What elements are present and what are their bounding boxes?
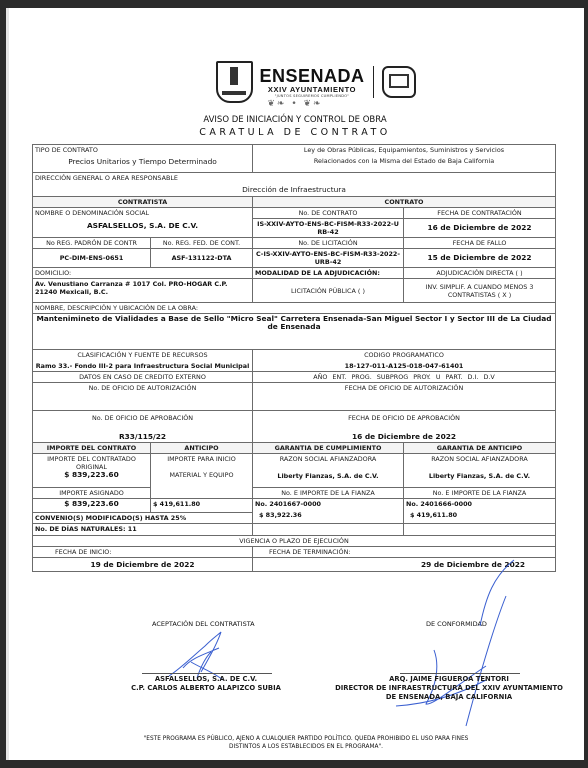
credito-label: DATOS EN CASO DE CREDITO EXTERNO — [33, 372, 253, 383]
contrato-header: CONTRATO — [253, 197, 556, 208]
director-position: DIRECTOR DE INFRAESTRUCTURA DEL XXIV AYU… — [324, 684, 574, 693]
row-domicilio-values: Av. Venustiano Carranza # 1017 Col. PRO-… — [33, 279, 556, 303]
row-tipo-contrato: TIPO DE CONTRATO Precios Unitarios y Tie… — [33, 145, 556, 173]
tipo-contrato-cell: TIPO DE CONTRATO Precios Unitarios y Tie… — [33, 145, 253, 173]
fecha-oficio-aut-label: FECHA DE OFICIO DE AUTORIZACIÓN — [253, 383, 556, 411]
importe-original-cell: IMPORTE DEL CONTRATADO ORIGINAL $ 839,22… — [33, 454, 151, 488]
domicilio-value: Av. Venustiano Carranza # 1017 Col. PRO-… — [33, 279, 253, 303]
garantia-cumpl-header: GARANTIA DE CUMPLIMIENTO — [253, 443, 404, 454]
garantia-antic-header: GARANTIA DE ANTICIPO — [404, 443, 556, 454]
municipal-seal-icon — [382, 66, 416, 98]
afianzadora-antic-value: Liberty Fianzas, S.A. de C.V. — [406, 472, 553, 480]
row-dias: No. DE DÍAS NATURALES: 11 — [33, 524, 556, 536]
fecha-oficio-apr-label: FECHA DE OFICIO DE APROBACIÓN — [255, 414, 553, 422]
fianza-cumpl-monto: $ 83,922.36 — [259, 511, 401, 519]
importe-inicio-cell: IMPORTE PARA INICIO MATERIAL Y EQUIPO — [151, 454, 253, 499]
disclaimer-line1: "ESTE PROGRAMA ES PÚBLICO, AJENO A CUALQ… — [96, 735, 516, 743]
ley-line1: Ley de Obras Públicas, Equipamientos, Su… — [255, 146, 553, 154]
importe-asignado-value: $ 839,223.60 — [33, 499, 151, 513]
no-licitacion-label: No. DE LICITACIÓN — [253, 238, 404, 249]
obra-value: Mantenimineto de Vialidades a Base de Se… — [33, 314, 556, 350]
row-obra-value: Mantenimineto de Vialidades a Base de Se… — [33, 314, 556, 350]
row-domicilio-labels: DOMICILIO: MODALIDAD DE LA ADJUDICACIÓN:… — [33, 268, 556, 279]
fianza-antic-no: No. 2401666-0000 — [406, 500, 553, 508]
header-logos: ENSENADA XXIV AYUNTAMIENTO "JUNTOS SEGUI… — [216, 60, 416, 104]
codigo-legend: AÑO ENT. PROG. SUBPROG PROY. U PART. D.I… — [253, 372, 556, 383]
contractor-representative: C.P. CARLOS ALBERTO ALAPIZCO SUBIA — [106, 684, 306, 693]
clasificacion-value: Ramo 33.- Fondo III-2 para Infraestructu… — [35, 362, 250, 370]
importe-original-value: $ 839,223.60 — [35, 471, 148, 479]
contractor-signatory: ASFALSELLOS, S.A. DE C.V. C.P. CARLOS AL… — [106, 675, 306, 693]
clasificacion-label: CLASIFICACIÓN Y FUENTE DE RECURSOS — [35, 351, 250, 359]
fecha-oficio-apr-cell: FECHA DE OFICIO DE APROBACIÓN 16 de Dici… — [253, 411, 556, 443]
ley-line2: Relacionados con la Misma del Estado de … — [255, 157, 553, 165]
fecha-fallo-value: 15 de Diciembre de 2022 — [404, 249, 556, 268]
director-name: ARQ. JAIME FIGUEROA TENTORI — [324, 675, 574, 684]
no-contrato-value: IS-XXIV-AYTO-ENS-BC-FISM-R33-2022-URB-42 — [253, 219, 404, 238]
reg-fed-value: ASF-131122-DTA — [151, 249, 253, 268]
inv-simplif-option: INV. SIMPLIF. A CUANDO MENOS 3 CONTRATIS… — [404, 279, 556, 303]
disclaimer-line2: DISTINTOS A LOS ESTABLECIDOS EN EL PROGR… — [96, 743, 516, 751]
direccion-cell: DIRECCIÓN GENERAL O AREA RESPONSABLE Dir… — [33, 173, 556, 197]
clasificacion-cell: CLASIFICACIÓN Y FUENTE DE RECURSOS Ramo … — [33, 350, 253, 372]
brand-name: ENSENADA — [259, 67, 364, 85]
ornament-divider: ❦❧ • ❦❧ — [6, 99, 584, 109]
fianza-cumpl-no: No. 2401667-0000 — [255, 500, 401, 508]
director-location: DE ENSENADA, BAJA CALIFORNIA — [324, 693, 574, 702]
nombre-label: NOMBRE O DENOMINACIÓN SOCIAL — [35, 209, 250, 217]
domicilio-label: DOMICILIO: — [33, 268, 253, 279]
dias-label: No. DE DÍAS NATURALES: 11 — [33, 524, 253, 536]
contract-form-table: TIPO DE CONTRATO Precios Unitarios y Tie… — [32, 144, 556, 572]
no-contrato-label: No. DE CONTRATO — [253, 208, 404, 219]
vigencia-label: VIGENCIA O PLAZO DE EJECUCIÓN — [33, 536, 556, 547]
importe-header: IMPORTE DEL CONTRATO — [33, 443, 151, 454]
fecha-fallo-label: FECHA DE FALLO — [404, 238, 556, 249]
reg-padron-value: PC-DIM-ENS-0651 — [33, 249, 151, 268]
row-nombre-labels: NOMBRE O DENOMINACIÓN SOCIAL ASFALSELLOS… — [33, 208, 556, 219]
fecha-inicio-value: 19 de Diciembre de 2022 — [33, 558, 253, 572]
row-section-headers: CONTRATISTA CONTRATO — [33, 197, 556, 208]
legal-disclaimer: "ESTE PROGRAMA ES PÚBLICO, AJENO A CUALQ… — [96, 735, 516, 751]
direccion-value: Dirección de Infraestructura — [35, 186, 553, 194]
empty-cell-antic — [404, 524, 556, 536]
contractor-acceptance-title: ACEPTACIÓN DEL CONTRATISTA — [152, 620, 255, 628]
reg-padron-label: No REG. PADRÓN DE CONTR — [33, 238, 151, 249]
razon-social-cumpl-label: RAZON SOCIAL AFIANZADORA — [255, 455, 401, 463]
fecha-contratacion-value: 16 de Diciembre de 2022 — [404, 219, 556, 238]
row-fechas-values: 19 de Diciembre de 2022 29 de Diciembre … — [33, 558, 556, 572]
adjudicacion-directa-option: ADJUDICACIÓN DIRECTA ( ) — [404, 268, 556, 279]
oficio-apr-cell: No. DE OFICIO DE APROBACIÓN R33/115/22 — [33, 411, 253, 443]
empty-cell-cumpl — [253, 524, 404, 536]
importe-asignado-label: IMPORTE ASIGNADO — [33, 488, 151, 499]
brand-sub: XXIV AYUNTAMIENTO — [268, 85, 356, 94]
licitacion-publica-option: LICITACIÓN PÚBLICA ( ) — [253, 279, 404, 303]
director-signature-line — [400, 673, 520, 674]
material-label: MATERIAL Y EQUIPO — [153, 471, 250, 479]
director-signature-icon — [386, 556, 526, 736]
oficio-apr-value: R33/115/22 — [35, 433, 250, 441]
codigo-value: 18-127-011-A125-018-047-61401 — [255, 362, 553, 370]
razon-social-antic-cell: RAZON SOCIAL AFIANZADORA Liberty Fianzas… — [404, 454, 556, 488]
document-title: AVISO DE INICIACIÓN Y CONTROL DE OBRA — [6, 115, 584, 125]
row-importe-original: IMPORTE DEL CONTRATADO ORIGINAL $ 839,22… — [33, 454, 556, 488]
modalidad-label: MODALIDAD DE LA ADJUDICACIÓN: — [253, 268, 404, 279]
tipo-contrato-value: Precios Unitarios y Tiempo Determinado — [35, 158, 250, 166]
conformity-title: DE CONFORMIDAD — [426, 620, 487, 628]
document-subtitle: CARATULA DE CONTRATO — [6, 127, 584, 138]
razon-social-cumpl-cell: RAZON SOCIAL AFIANZADORA Liberty Fianzas… — [253, 454, 404, 488]
oficio-apr-label: No. DE OFICIO DE APROBACIÓN — [35, 414, 250, 422]
obra-label: NOMBRE, DESCRIPCIÓN Y UBICACIÓN DE LA OB… — [33, 303, 556, 314]
row-registro-values: PC-DIM-ENS-0651 ASF-131122-DTA C-IS-XXIV… — [33, 249, 556, 268]
afianzadora-cumpl-value: Liberty Fianzas, S.A. de C.V. — [255, 472, 401, 480]
row-importe-headers: IMPORTE DEL CONTRATO ANTICIPO GARANTIA D… — [33, 443, 556, 454]
razon-social-antic-label: RAZON SOCIAL AFIANZADORA — [406, 455, 553, 463]
contratista-header: CONTRATISTA — [33, 197, 253, 208]
fecha-inicio-label: FECHA DE INICIO: — [33, 547, 253, 558]
row-credito: DATOS EN CASO DE CREDITO EXTERNO AÑO ENT… — [33, 372, 556, 383]
fecha-term-label: FECHA DE TERMINACIÓN: — [253, 547, 556, 558]
fecha-term-value: 29 de Diciembre de 2022 — [253, 558, 556, 572]
logo-divider — [373, 66, 375, 98]
nombre-cell: NOMBRE O DENOMINACIÓN SOCIAL ASFALSELLOS… — [33, 208, 253, 238]
row-direccion: DIRECCIÓN GENERAL O AREA RESPONSABLE Dir… — [33, 173, 556, 197]
oficio-aut-label: No. DE OFICIO DE AUTORIZACIÓN — [33, 383, 253, 411]
reg-fed-label: No. REG. FED. DE CONT. — [151, 238, 253, 249]
fianza-antic-monto: $ 419,611.80 — [410, 511, 553, 519]
fianza-antic-cell: No. 2401666-0000 $ 419,611.80 — [404, 499, 556, 524]
anticipo-value: $ 419,611.80 — [151, 499, 253, 513]
anticipo-header: ANTICIPO — [151, 443, 253, 454]
row-fechas-labels: FECHA DE INICIO: FECHA DE TERMINACIÓN: — [33, 547, 556, 558]
contractor-signature-line — [142, 673, 272, 674]
convenio-label: CONVENIO(S) MODIFICADO(S) HASTA 25% — [33, 513, 253, 524]
fianza-antic-label: No. E IMPORTE DE LA FIANZA — [404, 488, 556, 499]
nombre-value: ASFALSELLOS, S.A. DE C.V. — [35, 222, 250, 230]
city-crest-icon — [216, 61, 253, 103]
no-licitacion-value: C-IS-XXIV-AYTO-ENS-BC-FISM-R33-2022-URB-… — [253, 249, 404, 268]
document-page: ENSENADA XXIV AYUNTAMIENTO "JUNTOS SEGUI… — [6, 8, 584, 760]
row-obra-label: NOMBRE, DESCRIPCIÓN Y UBICACIÓN DE LA OB… — [33, 303, 556, 314]
row-oficio-autorizacion: No. DE OFICIO DE AUTORIZACIÓN FECHA DE O… — [33, 383, 556, 411]
row-clasificacion: CLASIFICACIÓN Y FUENTE DE RECURSOS Ramo … — [33, 350, 556, 372]
contractor-company: ASFALSELLOS, S.A. DE C.V. — [106, 675, 306, 684]
codigo-label: CODIGO PROGRAMATICO — [255, 351, 553, 359]
brand-motto: "JUNTOS SEGUIREMOS CUMPLIENDO" — [275, 94, 350, 98]
row-oficio-aprobacion: No. DE OFICIO DE APROBACIÓN R33/115/22 F… — [33, 411, 556, 443]
row-importe-asignado-value: $ 839,223.60 $ 419,611.80 No. 2401667-00… — [33, 499, 556, 513]
direccion-label: DIRECCIÓN GENERAL O AREA RESPONSABLE — [35, 174, 553, 182]
fianza-cumpl-cell: No. 2401667-0000 $ 83,922.36 — [253, 499, 404, 524]
importe-original-label: IMPORTE DEL CONTRATADO ORIGINAL — [35, 455, 148, 471]
codigo-cell: CODIGO PROGRAMATICO 18-127-011-A125-018-… — [253, 350, 556, 372]
director-signatory: ARQ. JAIME FIGUEROA TENTORI DIRECTOR DE … — [324, 675, 574, 702]
ley-cell: Ley de Obras Públicas, Equipamientos, Su… — [253, 145, 556, 173]
tipo-contrato-label: TIPO DE CONTRATO — [35, 146, 250, 154]
row-registro-labels: No REG. PADRÓN DE CONTR No. REG. FED. DE… — [33, 238, 556, 249]
fecha-contratacion-label: FECHA DE CONTRATACIÓN — [404, 208, 556, 219]
fecha-oficio-apr-value: 16 de Diciembre de 2022 — [255, 433, 553, 441]
importe-inicio-label: IMPORTE PARA INICIO — [153, 455, 250, 463]
row-importe-asignado-label: IMPORTE ASIGNADO No. E IMPORTE DE LA FIA… — [33, 488, 556, 499]
row-vigencia: VIGENCIA O PLAZO DE EJECUCIÓN — [33, 536, 556, 547]
brand-block: ENSENADA XXIV AYUNTAMIENTO "JUNTOS SEGUI… — [259, 67, 364, 98]
fianza-cumpl-label: No. E IMPORTE DE LA FIANZA — [253, 488, 404, 499]
